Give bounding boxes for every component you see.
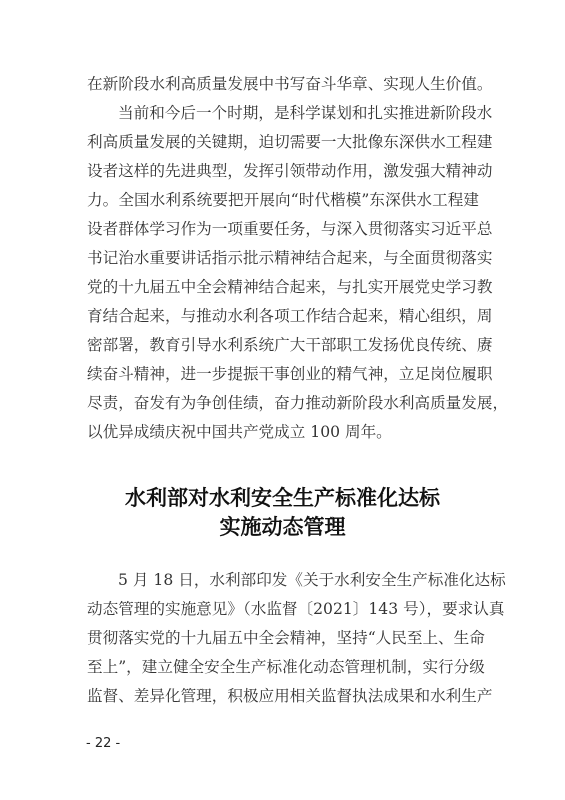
paragraph-line: 尽责，奋发有为争创佳绩，奋力推动新阶段水利高质量发展， bbox=[87, 392, 479, 414]
paragraph-line: 育结合起来，与推动水利各项工作结合起来，精心组织，周 bbox=[87, 305, 479, 327]
paragraph-line: 动态管理的实施意见》（水监督〔2021〕143 号），要求认真 bbox=[87, 598, 479, 620]
paragraph-line: 设者群体学习作为一项重要任务，与深入贯彻落实习近平总 bbox=[87, 218, 479, 240]
paragraph-line: 以优异成绩庆祝中国共产党成立 100 周年。 bbox=[87, 421, 479, 443]
page-number: - 22 - bbox=[86, 736, 120, 751]
article-title-line-2: 实施动态管理 bbox=[0, 513, 565, 541]
article-title-line-1: 水利部对水利安全生产标准化达标 bbox=[0, 484, 565, 512]
paragraph-line: 书记治水重要讲话指示批示精神结合起来，与全面贯彻落实 bbox=[87, 247, 479, 269]
paragraph-line: 至上”，建立健全安全生产标准化动态管理机制，实行分级 bbox=[87, 656, 479, 678]
paragraph-line: 5 月 18 日，水利部印发《关于水利安全生产标准化达标 bbox=[118, 569, 479, 591]
paragraph-line: 密部署，教育引导水利系统广大干部职工发扬优良传统、赓 bbox=[87, 334, 479, 356]
paragraph-line: 党的十九届五中全会精神结合起来，与扎实开展党史学习教 bbox=[87, 276, 479, 298]
paragraph-line: 当前和今后一个时期，是科学谋划和扎实推进新阶段水 bbox=[118, 102, 479, 124]
paragraph-line: 设者这样的先进典型，发挥引领带动作用，激发强大精神动 bbox=[87, 160, 479, 182]
document-page: 在新阶段水利高质量发展中书写奋斗华章、实现人生价值。 当前和今后一个时期，是科学… bbox=[0, 0, 565, 800]
paragraph-line: 续奋斗精神，进一步提振干事创业的精气神，立足岗位履职 bbox=[87, 363, 479, 385]
paragraph-line: 力。全国水利系统要把开展向“时代楷模”东深供水工程建 bbox=[87, 189, 479, 211]
paragraph-line: 贯彻落实党的十九届五中全会精神，坚持“人民至上、生命 bbox=[87, 627, 479, 649]
paragraph-line: 在新阶段水利高质量发展中书写奋斗华章、实现人生价值。 bbox=[87, 73, 479, 95]
paragraph-line: 监督、差异化管理，积极应用相关监督执法成果和水利生产 bbox=[87, 685, 479, 707]
paragraph-line: 利高质量发展的关键期，迫切需要一大批像东深供水工程建 bbox=[87, 131, 479, 153]
